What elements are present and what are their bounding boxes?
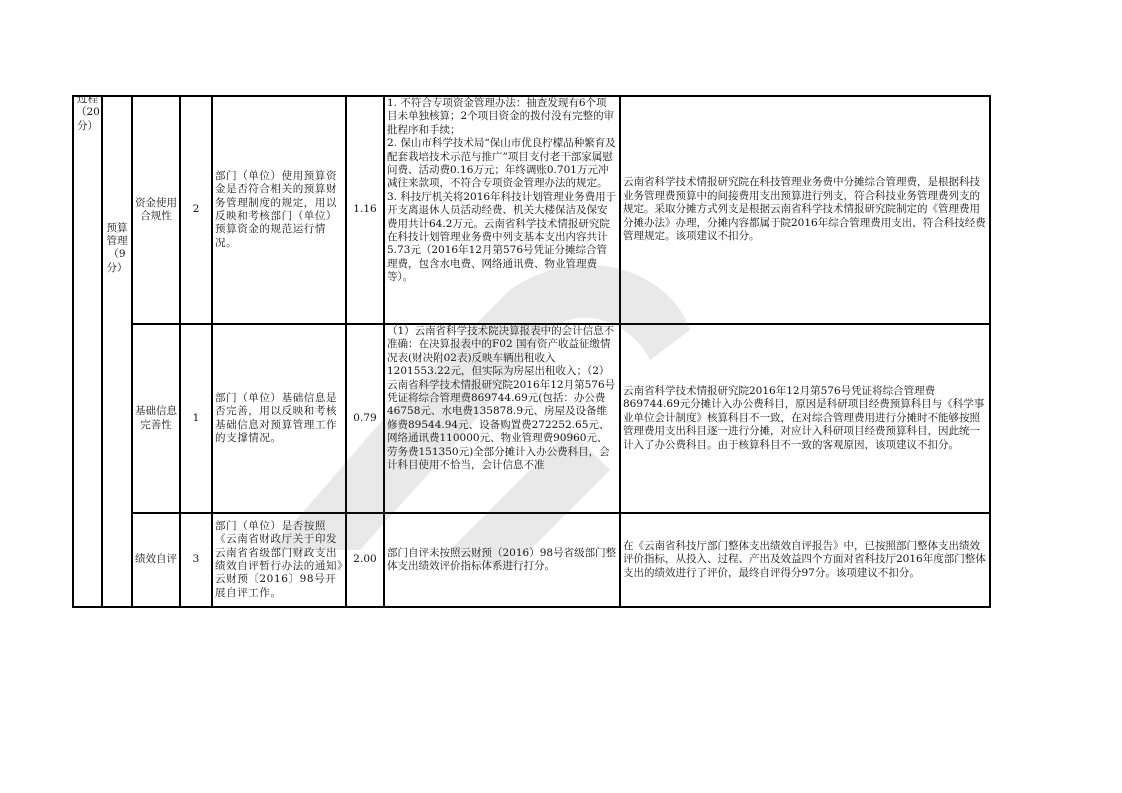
description-text: 部门（单位）使用预算资金是否符合相关的预算财务管理制度的规定，用以反映和考核部门… <box>215 170 337 249</box>
indicator-label: 绩效自评 <box>135 553 177 565</box>
score-cell: 1.16 <box>346 96 384 324</box>
score-cell: 2.00 <box>346 513 384 607</box>
indicator-cell: 基础信息完善性 <box>132 324 180 513</box>
issues-cell: 部门自评未按照云财预（2016）98号省级部门整体支出绩效评价指标体系进行打分。 <box>384 513 620 607</box>
issues-cell: （1）云南省科学技术院决算报表中的会计信息不准确：在决算报表中的F02 国有资产… <box>384 324 620 513</box>
weight-value: 1 <box>193 412 200 424</box>
score-value: 2.00 <box>353 553 376 565</box>
score-cell: 0.79 <box>346 324 384 513</box>
weight-value: 3 <box>193 553 200 565</box>
score-value: 0.79 <box>353 412 376 424</box>
indicator-cell: 资金使用合规性 <box>132 96 180 324</box>
issues-cell: 1. 不符合专项资金管理办法：抽查发现有6个项目未单独核算；2个项目资金的拨付没… <box>384 96 620 324</box>
issue-item: 1. 不符合专项资金管理办法：抽查发现有6个项目未单独核算；2个项目资金的拨付没… <box>387 97 617 137</box>
issue-item: 2. 保山市科学技术局“保山市优良柠檬品种繁育及配套栽培技术示范与推广”项目支付… <box>387 137 617 191</box>
issue-item: （1）云南省科学技术院决算报表中的会计信息不准确：在决算报表中的F02 国有资产… <box>387 325 617 472</box>
indicator-label: 资金使用合规性 <box>135 197 177 222</box>
description-cell: 部门（单位）是否按照《云南省财政厅关于印发云南省省级部门财政支出绩效自评暂行办法… <box>212 513 346 607</box>
category-label: 过程（20分） <box>76 96 99 133</box>
category-cell: 过程（20分） <box>73 96 102 607</box>
feedback-text: 云南省科学技术情报研究院在科技管理业务费中分摊综合管理费，是根据科技业务管理费预… <box>623 176 986 242</box>
table-row: 过程（20分） 预算管理（9分） 资金使用合规性 2 部门（单位）使用预算资金是… <box>73 96 990 324</box>
feedback-cell: 云南省科学技术情报研究院2016年12月第576号凭证将综合管理费869744.… <box>620 324 990 513</box>
indicator-cell: 绩效自评 <box>132 513 180 607</box>
feedback-cell: 在《云南省科技厅部门整体支出绩效自评报告》中，已按照部门整体支出绩效评价指标，从… <box>620 513 990 607</box>
weight-cell: 3 <box>180 513 212 607</box>
description-text: 部门（单位）是否按照《云南省财政厅关于印发云南省省级部门财政支出绩效自评暂行办法… <box>215 520 343 599</box>
weight-cell: 2 <box>180 96 212 324</box>
indicator-label: 基础信息完善性 <box>135 405 177 430</box>
feedback-text: 云南省科学技术情报研究院2016年12月第576号凭证将综合管理费869744.… <box>623 385 984 451</box>
subcategory-cell: 预算管理（9分） <box>102 96 132 607</box>
issue-item: 3. 科技厅机关将2016年科技计划管理业务费用于开支离退休人员活动经费、机关大… <box>387 191 617 285</box>
subcategory-label: 预算管理（9分） <box>105 222 129 276</box>
description-text: 部门（单位）基础信息是否完善，用以反映和考核基础信息对预算管理工作的支撑情况。 <box>215 392 337 444</box>
description-cell: 部门（单位）基础信息是否完善，用以反映和考核基础信息对预算管理工作的支撑情况。 <box>212 324 346 513</box>
table-row: 基础信息完善性 1 部门（单位）基础信息是否完善，用以反映和考核基础信息对预算管… <box>73 324 990 513</box>
description-cell: 部门（单位）使用预算资金是否符合相关的预算财务管理制度的规定，用以反映和考核部门… <box>212 96 346 324</box>
weight-value: 2 <box>193 203 200 215</box>
issue-item: 部门自评未按照云财预（2016）98号省级部门整体支出绩效评价指标体系进行打分。 <box>387 547 617 574</box>
document-page: 过程（20分） 预算管理（9分） 资金使用合规性 2 部门（单位）使用预算资金是… <box>0 0 1122 793</box>
evaluation-table: 过程（20分） 预算管理（9分） 资金使用合规性 2 部门（单位）使用预算资金是… <box>72 95 991 608</box>
weight-cell: 1 <box>180 324 212 513</box>
score-value: 1.16 <box>353 203 376 215</box>
table-row: 绩效自评 3 部门（单位）是否按照《云南省财政厅关于印发云南省省级部门财政支出绩… <box>73 513 990 607</box>
feedback-cell: 云南省科学技术情报研究院在科技管理业务费中分摊综合管理费，是根据科技业务管理费预… <box>620 96 990 324</box>
feedback-text: 在《云南省科技厅部门整体支出绩效自评报告》中，已按照部门整体支出绩效评价指标，从… <box>623 540 986 579</box>
